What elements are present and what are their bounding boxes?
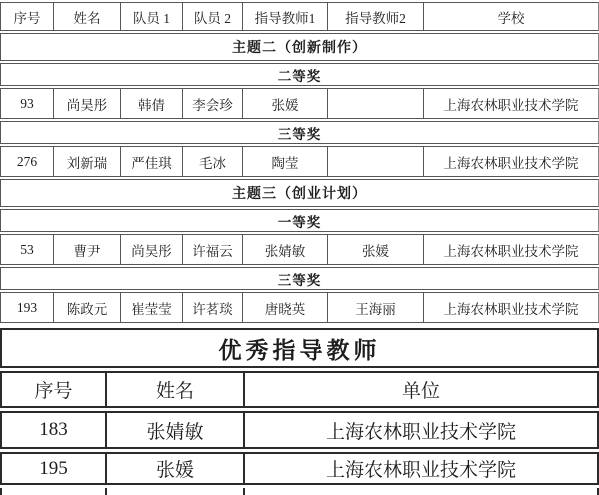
entry-number: 193 — [0, 292, 53, 323]
award-tier-row: 一等奖 — [0, 209, 599, 232]
col-number: 序号 — [0, 2, 53, 31]
award-tier-label: 三等奖 — [0, 121, 599, 144]
advisor-number: 195 — [0, 452, 105, 485]
col-member2: 队员 2 — [182, 2, 242, 31]
entry-advisor2 — [327, 88, 423, 119]
entry-advisor1: 张婧敏 — [242, 234, 327, 265]
col-number: 序号 — [0, 371, 105, 408]
col-name: 姓名 — [105, 371, 243, 408]
team-row: 53 曹尹 尚昊彤 许福云 张婧敏 张媛 上海农林职业技术学院 — [0, 234, 599, 265]
entry-member2: 许茗琰 — [182, 292, 242, 323]
advisor-org: 上海农林职业技术学院 — [243, 411, 599, 449]
entry-school: 上海农林职业技术学院 — [423, 146, 599, 177]
cutoff-cell — [105, 488, 243, 495]
entry-school: 上海农林职业技术学院 — [423, 292, 599, 323]
theme-section-label: 主题二（创新制作） — [0, 33, 599, 61]
col-organization: 单位 — [243, 371, 599, 408]
entry-advisor1: 张媛 — [242, 88, 327, 119]
entry-number: 93 — [0, 88, 53, 119]
col-member1: 队员 1 — [120, 2, 182, 31]
entry-member2: 李会珍 — [182, 88, 242, 119]
entry-advisor1: 唐晓英 — [242, 292, 327, 323]
entry-member1: 尚昊彤 — [120, 234, 182, 265]
entry-advisor1: 陶莹 — [242, 146, 327, 177]
entry-advisor2: 王海丽 — [327, 292, 423, 323]
col-advisor1: 指导教师1 — [242, 2, 327, 31]
award-tier-label: 二等奖 — [0, 63, 599, 86]
entry-member2: 毛冰 — [182, 146, 242, 177]
entry-name: 曹尹 — [53, 234, 120, 265]
entry-member1: 韩倩 — [120, 88, 182, 119]
advisors-title-row: 优秀指导教师 — [0, 328, 599, 368]
theme-section-label: 主题三（创业计划） — [0, 179, 599, 207]
advisors-title: 优秀指导教师 — [0, 328, 599, 368]
cutoff-cell — [0, 488, 105, 495]
advisor-name: 张婧敏 — [105, 411, 243, 449]
entry-member1: 严佳琪 — [120, 146, 182, 177]
team-row: 193 陈政元 崔莹莹 许茗琰 唐晓英 王海丽 上海农林职业技术学院 — [0, 292, 599, 323]
cutoff-cell — [243, 488, 599, 495]
theme-section-row: 主题三（创业计划） — [0, 179, 599, 207]
entry-name: 尚昊彤 — [53, 88, 120, 119]
award-tier-row: 二等奖 — [0, 63, 599, 86]
advisor-number: 183 — [0, 411, 105, 449]
awards-header-row: 序号 姓名 队员 1 队员 2 指导教师1 指导教师2 学校 — [0, 2, 599, 31]
entry-advisor2 — [327, 146, 423, 177]
entry-number: 276 — [0, 146, 53, 177]
advisor-org: 上海农林职业技术学院 — [243, 452, 599, 485]
entry-school: 上海农林职业技术学院 — [423, 88, 599, 119]
award-tier-label: 三等奖 — [0, 267, 599, 290]
entry-school: 上海农林职业技术学院 — [423, 234, 599, 265]
advisors-header-row: 序号 姓名 单位 — [0, 371, 599, 408]
col-advisor2: 指导教师2 — [327, 2, 423, 31]
entry-member2: 许福云 — [182, 234, 242, 265]
entry-name: 刘新瑞 — [53, 146, 120, 177]
theme-section-row: 主题二（创新制作） — [0, 33, 599, 61]
award-tier-label: 一等奖 — [0, 209, 599, 232]
entry-name: 陈政元 — [53, 292, 120, 323]
team-row: 93 尚昊彤 韩倩 李会珍 张媛 上海农林职业技术学院 — [0, 88, 599, 119]
advisor-row: 195 张媛 上海农林职业技术学院 — [0, 452, 599, 485]
entry-member1: 崔莹莹 — [120, 292, 182, 323]
advisor-row: 183 张婧敏 上海农林职业技术学院 — [0, 411, 599, 449]
col-name: 姓名 — [53, 2, 120, 31]
award-tier-row: 三等奖 — [0, 267, 599, 290]
entry-advisor2: 张媛 — [327, 234, 423, 265]
award-tier-row: 三等奖 — [0, 121, 599, 144]
cutoff-row — [0, 488, 599, 495]
advisors-table: 优秀指导教师 序号 姓名 单位 183 张婧敏 上海农林职业技术学院 195 张… — [0, 325, 599, 495]
document-page: 序号 姓名 队员 1 队员 2 指导教师1 指导教师2 学校 主题二（创新制作）… — [0, 0, 599, 495]
team-row: 276 刘新瑞 严佳琪 毛冰 陶莹 上海农林职业技术学院 — [0, 146, 599, 177]
col-school: 学校 — [423, 2, 599, 31]
advisor-name: 张媛 — [105, 452, 243, 485]
awards-table: 序号 姓名 队员 1 队员 2 指导教师1 指导教师2 学校 主题二（创新制作）… — [0, 0, 599, 325]
entry-number: 53 — [0, 234, 53, 265]
